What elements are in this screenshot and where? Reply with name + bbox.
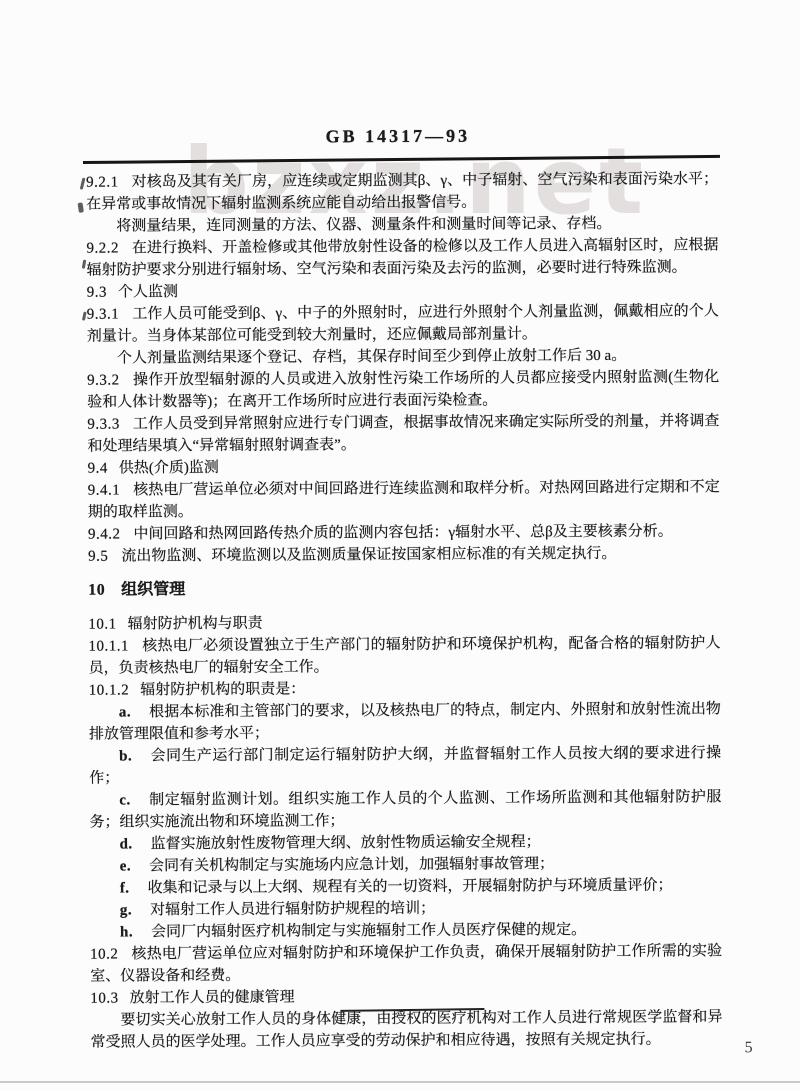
chapter-heading: 10组织管理	[88, 576, 720, 601]
clause-paragraph: 10.1.1核热电厂必须设置独立于生产部门的辐射防护和环境保护机构，配备合格的辐…	[88, 632, 720, 679]
standard-code: GB 14317—93	[0, 124, 798, 149]
clause-number: 9.3	[87, 285, 107, 301]
clause-text: 流出物监测、环境监测以及监测质量保证按国家相应标准的有关规定执行。	[121, 546, 616, 565]
clause-text: 将测量结果，连同测量的方法、仪器、测量条件和测量时间等记录、存档。	[116, 216, 611, 235]
clause-paragraph: 9.3.1工作人员可能受到β、γ、中子的外照射时，应进行外照射个人剂量监测，佩戴…	[87, 300, 719, 347]
clause-text: 制定辐射监测计划。组织实施工作人员的个人监测、工作场所监测和其他辐射防护服务；组…	[89, 789, 721, 830]
clause-text: 操作开放型辐射源的人员或进入放射性污染工作场所的人员都应接受内照射监测(生物化验…	[87, 369, 719, 410]
clause-text: 核热电厂必须设置独立于生产部门的辐射防护和环境保护机构，配备合格的辐射防护人员，…	[89, 635, 721, 676]
clause-paragraph: 9.4.2中间回路和热网回路传热介质的监测内容包括：γ辐射水平、总β及主要核素分…	[88, 520, 720, 545]
document-page: bzxz.net GB 14317—93 9.2.1对核岛及其有关厂房，应连续或…	[0, 0, 800, 1091]
clause-number: 10.1.1	[88, 638, 129, 654]
clause-number: d.	[120, 836, 133, 852]
clause-paragraph: b.会同生产运行部门制定运行辐射防护大纲，并监督辐射工作人员按大纲的要求进行操作…	[89, 742, 721, 789]
clause-text: 对辐射工作人员进行辐射防护规程的培训；	[150, 901, 435, 918]
header-rule	[83, 155, 720, 164]
clause-paragraph: 10.2核热电厂营运单位应对辐射防护和环境保护工作负责，确保开展辐射防护工作所需…	[90, 940, 722, 987]
clause-number: 9.2.2	[86, 240, 119, 256]
clause-number: f.	[120, 880, 130, 896]
clause-text: 收集和记录与以上大纲、规程有关的一切资料，开展辐射防护与环境质量评价；	[147, 878, 672, 897]
clause-text: 会同生产运行部门制定运行辐射防护大纲，并监督辐射工作人员按大纲的要求进行操作；	[89, 745, 721, 786]
clause-text: 辐射防护机构的职责是：	[140, 681, 305, 698]
clause-paragraph: 9.2.2在进行换料、开盖检修或其他带放射性设备的检修以及工作人员进入高辐射区时…	[86, 234, 718, 281]
clause-number: g.	[120, 902, 132, 918]
clause-number: 9.4.2	[88, 526, 121, 542]
clause-number: 9.4	[88, 461, 108, 477]
clause-text: 供热(介质)监测	[119, 460, 219, 477]
clause-text: 个人剂量监测结果逐个登记、存档，其保存时间至少到停止放射工作后 30 a。	[117, 348, 626, 367]
document-body: 9.2.1对核岛及其有关厂房，应连续或定期监测其β、γ、中子辐射、空气污染和表面…	[86, 168, 723, 1053]
clause-text: 监督实施放射性废物管理大纲、放射性物质运输安全规程；	[151, 834, 541, 852]
clause-text: 会同有关机构制定与实施场内应急计划，加强辐射事故管理；	[149, 856, 554, 874]
clause-number: 10.1.2	[89, 682, 130, 698]
scanned-content: GB 14317—93 9.2.1对核岛及其有关厂房，应连续或定期监测其β、γ、…	[0, 0, 800, 1091]
clause-paragraph: 9.3.3工作人员受到异常照射应进行专门调查，根据事故情况来确定实际所受的剂量，…	[87, 410, 719, 457]
clause-paragraph: a.根据本标准和主管部门的要求，以及核热电厂的特点，制定内、外照射和放射性流出物…	[89, 698, 721, 745]
clause-text: 中间回路和热网回路传热介质的监测内容包括：γ辐射水平、总β及主要核素分析。	[133, 524, 672, 543]
clause-text: 辐射防护机构与职责	[128, 616, 263, 633]
clause-number: a.	[119, 704, 131, 720]
clause-number: 9.2.1	[86, 174, 119, 190]
clause-number: 9.3.2	[87, 372, 120, 388]
clause-text: 会同厂内辐射医疗机构制定与实施辐射工作人员医疗保健的规定。	[151, 922, 586, 940]
clause-text: 核热电厂营运单位应对辐射防护和环境保护工作负责，确保开展辐射防护工作所需的实验室…	[90, 943, 722, 984]
clause-number: 9.4.1	[88, 482, 121, 498]
clause-paragraph: c.制定辐射监测计划。组织实施工作人员的个人监测、工作场所监测和其他辐射防护服务…	[89, 786, 721, 833]
clause-number: e.	[120, 858, 132, 874]
clause-text: 放射工作人员的健康管理	[130, 990, 295, 1007]
clause-number: 9.3.3	[87, 416, 120, 432]
clause-paragraph: 9.3.2操作开放型辐射源的人员或进入放射性污染工作场所的人员都应接受内照射监测…	[87, 366, 719, 413]
clause-number: 9.3.1	[87, 306, 120, 322]
clause-paragraph: 要切实关心放射工作人员的身体健康，由授权的医疗机构对工作人员进行常规医学监督和异…	[90, 1006, 722, 1053]
scan-artifact-mark	[78, 202, 84, 213]
clause-number: 10.2	[90, 946, 118, 962]
clause-number: 9.5	[88, 549, 108, 565]
clause-text: 对核岛及其有关厂房，应连续或定期监测其β、γ、中子辐射、空气污染和表面污染水平；…	[86, 171, 718, 212]
clause-text: 工作人员可能受到β、γ、中子的外照射时，应进行外照射个人剂量监测，佩戴相应的个人…	[87, 303, 719, 344]
clause-text: 根据本标准和主管部门的要求，以及核热电厂的特点，制定内、外照射和放射性流出物排放…	[89, 701, 721, 742]
clause-paragraph: f.收集和记录与以上大纲、规程有关的一切资料，开展辐射防护与环境质量评价；	[90, 874, 722, 899]
clause-number: 10	[88, 582, 105, 599]
page-number: 5	[745, 1039, 753, 1057]
clause-text: 核热电厂营运单位必须对中间回路进行连续监测和取样分析。对热网回路进行定期和不定期…	[88, 479, 720, 520]
clause-paragraph: 9.5流出物监测、环境监测以及监测质量保证按国家相应标准的有关规定执行。	[88, 542, 720, 567]
scan-artifact-mark	[80, 177, 86, 189]
clause-number: b.	[119, 748, 132, 764]
clause-paragraph: 9.2.1对核岛及其有关厂房，应连续或定期监测其β、γ、中子辐射、空气污染和表面…	[86, 168, 718, 215]
clause-text: 工作人员受到异常照射应进行专门调查，根据事故情况来确定实际所受的剂量，并将调查和…	[87, 413, 719, 454]
clause-text: 组织管理	[121, 581, 185, 598]
clause-number: c.	[119, 792, 131, 808]
clause-number: 10.3	[90, 990, 118, 1006]
clause-text: 在进行换料、开盖检修或其他带放射性设备的检修以及工作人员进入高辐射区时，应根据辐…	[87, 237, 719, 278]
clause-number: h.	[120, 924, 133, 940]
clause-text: 个人监测	[118, 284, 178, 300]
clause-number: 10.1	[88, 616, 116, 632]
clause-text: 要切实关心放射工作人员的身体健康，由授权的医疗机构对工作人员进行常规医学监督和异…	[91, 1009, 723, 1050]
clause-paragraph: 9.4.1核热电厂营运单位必须对中间回路进行连续监测和取样分析。对热网回路进行定…	[88, 476, 720, 523]
